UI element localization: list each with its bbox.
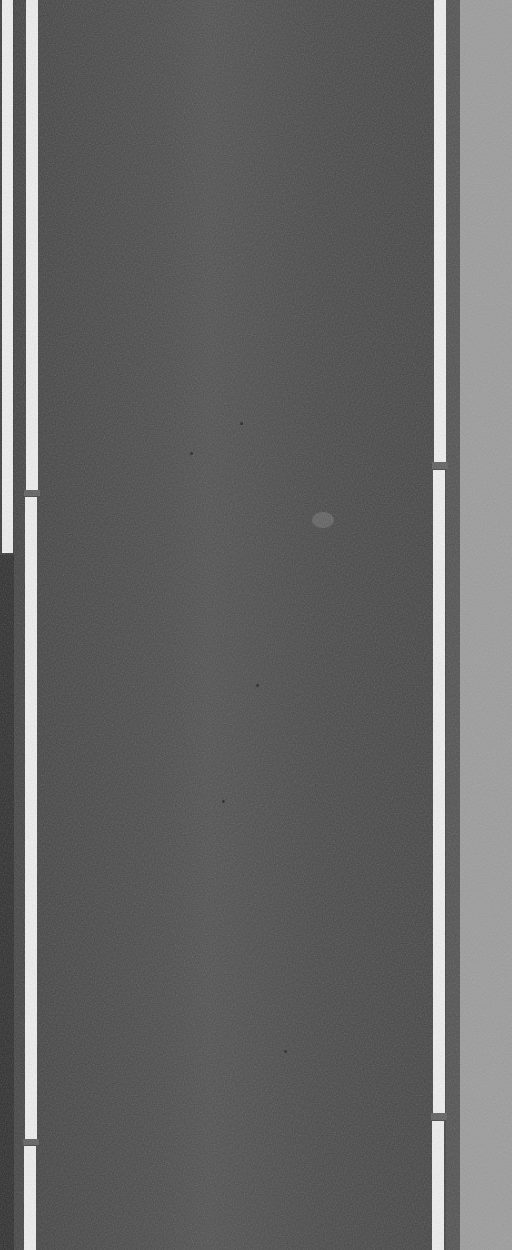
- grain-overlay: [0, 0, 512, 1250]
- road-scene: [0, 0, 512, 1250]
